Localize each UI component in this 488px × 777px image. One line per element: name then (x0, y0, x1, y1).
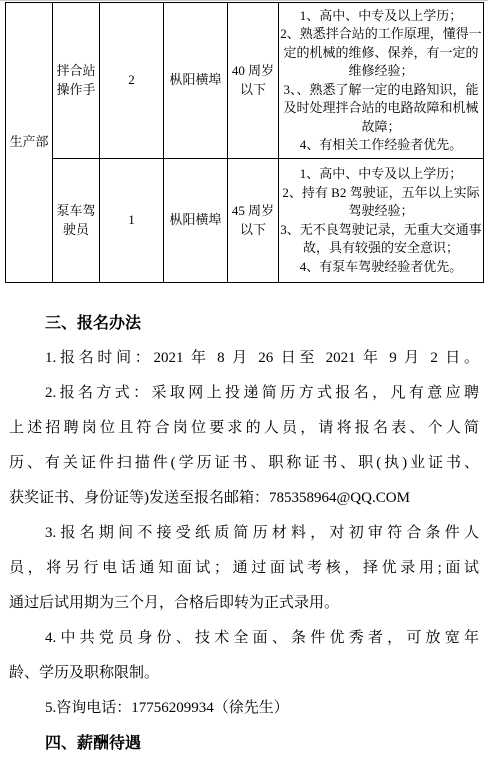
paragraph-contact-phone: 5.咨询电话：17756209934（徐先生） (9, 691, 479, 726)
age-limit-cell: 40 周岁以下 (228, 3, 279, 159)
requirement-item: 2、熟悉拌合站的工作原理，懂得一定的机械的维修、保养，有一定的维修经验； (279, 25, 483, 81)
paragraph-signup-method-line: 2.报名方式：采取网上投递简历方式报名，凡有意应聘 (9, 376, 479, 411)
requirement-item: 3、、熟悉了解一定的电路知识，能及时处理拌合站的电路故障和机械故障； (279, 81, 483, 137)
section-heading-salary: 四、薪酬待遇 (9, 726, 479, 761)
paragraph-party-priority-line: 龄、学历及职称限制。 (9, 656, 479, 691)
requirements-cell: 1、高中、中专及以上学历； 2、熟悉拌合站的工作原理，懂得一定的机械的维修、保养… (279, 3, 484, 159)
paragraph-signup-method-line-email: 获奖证书、身份证等)发送至报名邮箱：785358964@QQ.COM (9, 481, 479, 516)
position-cell: 泵车驾驶员 (53, 159, 100, 283)
paragraph-review-line: 3.报名期间不接受纸质简历材料，对初审符合条件人 (9, 516, 479, 551)
paragraph-review-line: 员，将另行电话通知面试；通过面试考核，择优录用;面试 (9, 551, 479, 586)
requirement-item: 1、高中、中专及以上学历； (279, 165, 483, 184)
location-cell: 枞阳横埠 (164, 159, 228, 283)
requirement-item: 3、无不良驾驶记录，无重大交通事故，具有较强的安全意识； (279, 221, 483, 258)
paragraph-review-line: 通过后试用期为三个月，合格后即转为正式录用。 (9, 586, 479, 621)
table-row-pump-driver: 泵车驾驶员 1 枞阳横埠 45 周岁以下 1、高中、中专及以上学历； 2、持有 … (6, 159, 484, 283)
requirement-item: 4、有相关工作经验者优先。 (279, 136, 483, 155)
requirement-item: 1、高中、中专及以上学历； (279, 7, 483, 26)
page-top-edge-line (0, 0, 488, 1)
requirements-cell: 1、高中、中专及以上学历； 2、持有 B2 驾驶证，五年以上实际驾驶经验； 3、… (279, 159, 484, 283)
table-row-mixing-operator: 生产部 拌合站操作手 2 枞阳横埠 40 周岁以下 1、高中、中专及以上学历； … (6, 3, 484, 159)
paragraph-signup-method-line: 历、有关证件扫描件(学历证书、职称证书、职(执)业证书、 (9, 446, 479, 481)
paragraph-party-priority-line: 4.中共党员身份、技术全面、条件优秀者，可放宽年 (9, 621, 479, 656)
requirement-item: 2、持有 B2 驾驶证，五年以上实际驾驶经验； (279, 184, 483, 221)
document-page: { "colors": { "background": "#ffffff", "… (0, 0, 488, 777)
headcount-cell: 1 (100, 159, 164, 283)
section-heading-signup: 三、报名办法 (9, 306, 479, 341)
headcount-cell: 2 (100, 3, 164, 159)
position-cell: 拌合站操作手 (53, 3, 100, 159)
requirement-item: 4、有泵车驾驶经验者优先。 (279, 258, 483, 277)
document-body: 三、报名办法 1.报名时间：2021 年 8 月 26 日至 2021 年 9 … (9, 306, 479, 761)
paragraph-signup-time: 1.报名时间：2021 年 8 月 26 日至 2021 年 9 月 2 日。 (9, 341, 479, 376)
recruitment-table: 生产部 拌合站操作手 2 枞阳横埠 40 周岁以下 1、高中、中专及以上学历； … (5, 2, 484, 283)
age-limit-cell: 45 周岁以下 (228, 159, 279, 283)
paragraph-signup-method-line: 上述招聘岗位且符合岗位要求的人员，请将报名表、个人简 (9, 411, 479, 446)
department-cell: 生产部 (6, 3, 53, 283)
location-cell: 枞阳横埠 (164, 3, 228, 159)
